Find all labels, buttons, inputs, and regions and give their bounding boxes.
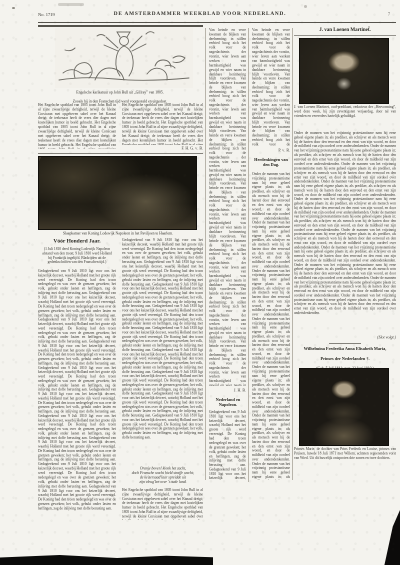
column-rule	[205, 28, 206, 480]
issue-number-label: No. 1719	[38, 12, 55, 17]
middle-column1-signature-label: J. H. B.	[209, 388, 246, 393]
martinet-portrait-photo	[299, 38, 389, 104]
scan-speck	[304, 5, 307, 8]
bull-article-text1: Het Engelsche spotblad van 1805 toont Jo…	[38, 103, 116, 149]
martinet-caption: J. van Loenen Martinet, oud-predikant, r…	[294, 105, 396, 127]
john-bull-cartoon	[55, 28, 193, 88]
page-number: 7	[360, 12, 390, 21]
middle-column2-signature: P. v. R.	[252, 148, 290, 157]
honderd-jaar-text2b: Het Engelsche spotblad van 1805 toont Jo…	[122, 488, 203, 520]
masthead-rule-heavy	[38, 25, 203, 27]
honderd-jaar-verse-text: Oranje boven! klonk het zacht, doch Fran…	[122, 466, 203, 484]
masthead-rule	[38, 22, 396, 23]
honderd-jaar-text2a: Gedagteekend van 9 Juli 1810 ligt voor o…	[122, 238, 203, 440]
honderd-jaar-intro-text: (1 Juli 1810 deed Koning Lodewijk Napole…	[40, 247, 114, 265]
divider-rule	[329, 343, 361, 344]
bull-article-text2: Het Engelsche spotblad van 1805 toont Jo…	[122, 103, 203, 145]
princess-heading-line1: Wilhelmina Frederika Anna Elisabeth Mari…	[294, 346, 396, 351]
middle-column1-body-b: Gedagteekend van 9 Juli 1810 ligt voor o…	[209, 410, 246, 480]
princess-heading-line2: Prinses der Nederlanden †.	[294, 356, 396, 361]
honderd-jaar-column2a: Gedagteekend van 9 Juli 1810 ligt voor o…	[122, 238, 203, 464]
honderd-jaar-title: Vóór Honderd Jaar.	[38, 238, 116, 245]
column-rule	[292, 28, 293, 480]
martinet-body-text: Onder de mannen van het vrijzinnig prote…	[294, 131, 396, 315]
bull-article-column2: Het Engelsche spotblad van 1805 toont Jo…	[122, 103, 203, 145]
middle-column1-signature: J. H. B.	[209, 388, 246, 397]
cartoon-caption-line1: Engelsche karikatuur op John Bull uit „G…	[45, 90, 195, 95]
princess-caption-text: Prinses Marie, de dochter van Prins Fred…	[294, 447, 396, 460]
john-bull-cartoon-drawing	[55, 28, 193, 88]
honderd-jaar-column2b: Het Engelsche spotblad van 1805 toont Jo…	[122, 488, 203, 520]
scan-speck	[12, 7, 15, 9]
martinet-heading-label: J. van Loenen Martinet.	[294, 27, 396, 33]
middle-column2-signature-label: P. v. R.	[252, 148, 290, 153]
honderd-jaar-column1: Gedagteekend van 9 Juli 1810 ligt voor o…	[38, 269, 116, 519]
middle-column1-text-b: Gedagteekend van 9 Juli 1810 ligt voor o…	[209, 410, 246, 480]
middle-column2-body-a: Van heinde en verre kwamen de blijken va…	[252, 28, 290, 146]
scan-smudge	[58, 3, 84, 6]
bull-article-column1: Het Engelsche spotblad van 1805 toont Jo…	[38, 103, 116, 149]
middle-column2-text-a: Van heinde en verre kwamen de blijken va…	[252, 28, 290, 146]
martinet-body: Onder de mannen van het vrijzinnig prote…	[294, 131, 396, 333]
middle-column1-heading-label: Nederland en Napoleon.	[209, 397, 246, 407]
middle-column1-text-a: Van heinde en verre kwamen de blijken va…	[209, 28, 246, 386]
middle-column2-text-b: Onder de mannen van het vrijzinnig prote…	[252, 172, 290, 480]
pavilion-caption-label: Slaapkamer van Koning Lodewijk Napoleon …	[38, 231, 197, 236]
martinet-caption-text: J. van Loenen Martinet, oud-predikant, r…	[294, 105, 396, 118]
princess-caption: Prinses Marie, de dochter van Prins Fred…	[294, 447, 396, 473]
page-number-label: 7	[360, 12, 390, 17]
middle-column2-heading-label: Herdenkingen van den Dag.	[252, 157, 290, 167]
middle-column2-body-b: Onder de mannen van het vrijzinnig prote…	[252, 172, 290, 480]
martinet-rule	[294, 35, 396, 36]
section-rule	[38, 153, 203, 154]
scan-corner-wedge	[381, 510, 400, 565]
honderd-jaar-text1: Gedagteekend van 9 Juli 1810 ligt voor o…	[38, 269, 116, 510]
pavilion-photo	[38, 156, 197, 230]
princess-portrait-photo	[299, 368, 389, 446]
martinet-continuation-label: (Slot volgt.)	[294, 335, 396, 340]
middle-column1-body-a: Van heinde en verre kwamen de blijken va…	[209, 28, 246, 386]
newspaper-page: No. 1719 DE AMSTERDAMMER WEEKBLAD VOOR N…	[0, 0, 400, 565]
masthead-title-label: DE AMSTERDAMMER WEEKBLAD VOOR NEDERLAND.	[60, 11, 340, 17]
bull-article-signature-label: F. H. G. v. B.	[122, 146, 203, 151]
honderd-jaar-intro: (1 Juli 1810 deed Koning Lodewijk Napole…	[40, 247, 114, 267]
column-rule	[248, 28, 249, 482]
scan-black-bar	[0, 555, 213, 565]
